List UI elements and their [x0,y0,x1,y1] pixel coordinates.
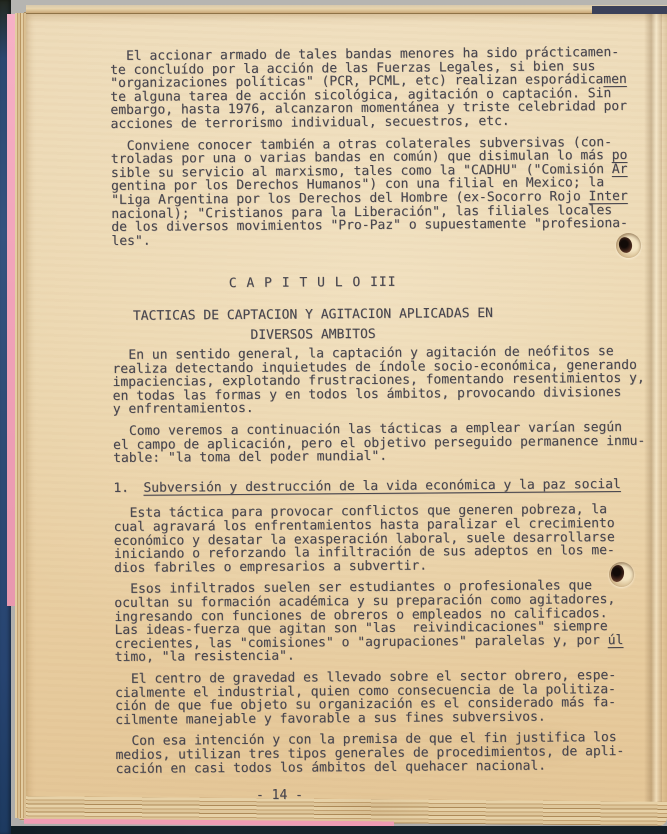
paragraph: El centro de gravedad es llevado sobre e… [115,669,667,728]
chapter-title: DIVERSOS AMBITOS [112,326,514,343]
section-heading: 1.Subversión y destrucción de la vida ec… [113,477,667,495]
scanned-document-page: El accionar armado de tales bandas menor… [0,0,667,834]
paragraph: Esos infiltrados suelen ser estudiantes … [114,579,667,665]
paragraph: En un sentido general, la captación y ag… [112,345,667,417]
page-number: - 14 - [256,788,303,803]
text-line: acciones de terrorismo individual, secue… [111,114,667,132]
book-cover-bottom-edge [0,826,667,834]
typewritten-text: El accionar armado de tales bandas menor… [110,46,667,784]
chapter-kicker: C A P I T U L O III [112,275,514,292]
paragraph: Como veremos a continuación las tácticas… [113,421,667,466]
page-stack-left-edge [15,13,26,818]
paragraph: El accionar armado de tales bandas menor… [110,46,667,132]
section-number: 1. [113,482,143,496]
text-line: cación en casi todos los ámbitos del que… [116,758,667,776]
paper-stain [290,792,460,826]
text-line: cilmente manejable y favorable a sus fin… [115,709,667,727]
text-line: y enfrentamientos. [113,399,667,417]
text-line: table: "la toma del poder mundial". [113,448,667,466]
section-heading-text: Subversión y destrucción de la vida econ… [143,478,621,495]
paragraph: Esta táctica para provocar conflictos qu… [114,503,667,575]
page-stack-top-edge [26,5,667,14]
book-cover-top-edge [592,6,667,14]
paragraph: Con esa intención y con la premisa de qu… [115,731,667,776]
text-line: dios fabriles o empresarios a subvertir. [114,557,667,575]
paragraph: Conviene conocer también a otras colater… [111,135,667,248]
chapter-title: TACTICAS DE CAPTACION Y AGITACION APLICA… [112,307,514,324]
